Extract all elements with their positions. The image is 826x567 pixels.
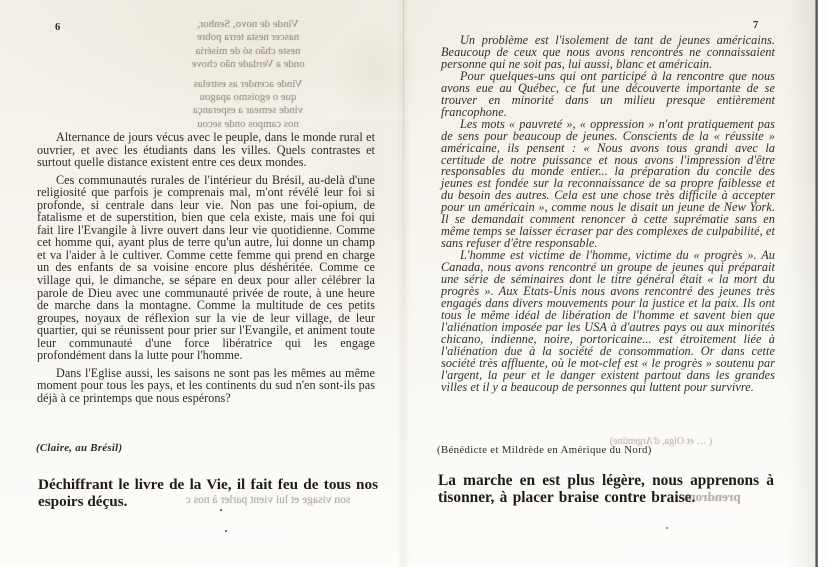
paragraph: L'homme est victime de l'homme, victime … [441,250,775,393]
scan-background-strip [818,0,826,567]
book-scan: 6 Vinde de novo, Senhor, nascer nesta te… [0,0,826,567]
spine-crease [403,0,404,340]
page-number-right: 7 [753,20,759,31]
bleedthrough-fragment-right-bottom: prendrons [652,489,772,505]
poem-stanza: Vinde de novo, Senhor, nascer nesta terr… [156,18,340,72]
paragraph: Alternance de jours vécus avec le peuple… [37,131,375,169]
ink-speck [220,509,222,511]
poem-line: neste chão só de miséria [156,45,340,58]
poem-line: que o egoismo apagou [156,91,340,104]
body-text-left: Alternance de jours vécus avec le peuple… [37,131,375,409]
ink-speck [225,530,227,532]
bleedthrough-fragment-right-top: ( … et Olga, d'Argentine) [556,436,766,447]
paragraph: Les mots « pauvreté », « oppression » n'… [441,119,775,250]
bleedthrough-poem: Vinde de novo, Senhor, nascer nesta terr… [156,18,340,137]
page-number-left: 6 [55,22,61,33]
poem-line: vinde semear a esperança [156,104,340,117]
paragraph: Pour quelques-uns qui ont participé à la… [441,71,775,119]
body-text-right: Un problème est l'isolement de tant de j… [441,35,775,394]
paragraph: Ces communautés rurales de l'intérieur d… [37,174,375,362]
ink-speck [666,527,668,529]
poem-stanza: Vinde acender as estrelas que o egoismo … [156,78,340,132]
paragraph: Un problème est l'isolement de tant de j… [441,35,775,71]
poem-line: Vinde de novo, Senhor, [156,18,340,31]
paragraph: Dans l'Eglise aussi, les saisons ne sont… [37,367,375,405]
poem-line: Vinde acender as estrelas [156,78,340,91]
poem-line: nascer nesta terra pobre [156,31,340,44]
bleedthrough-fragment-bottom-left: son visage et lui vient parler à nos c [142,494,394,506]
citation-left: (Claire, au Brésil) [36,442,122,454]
poem-line: onde a Verdade não chove [156,58,340,71]
page-edge-shadow [788,0,815,567]
